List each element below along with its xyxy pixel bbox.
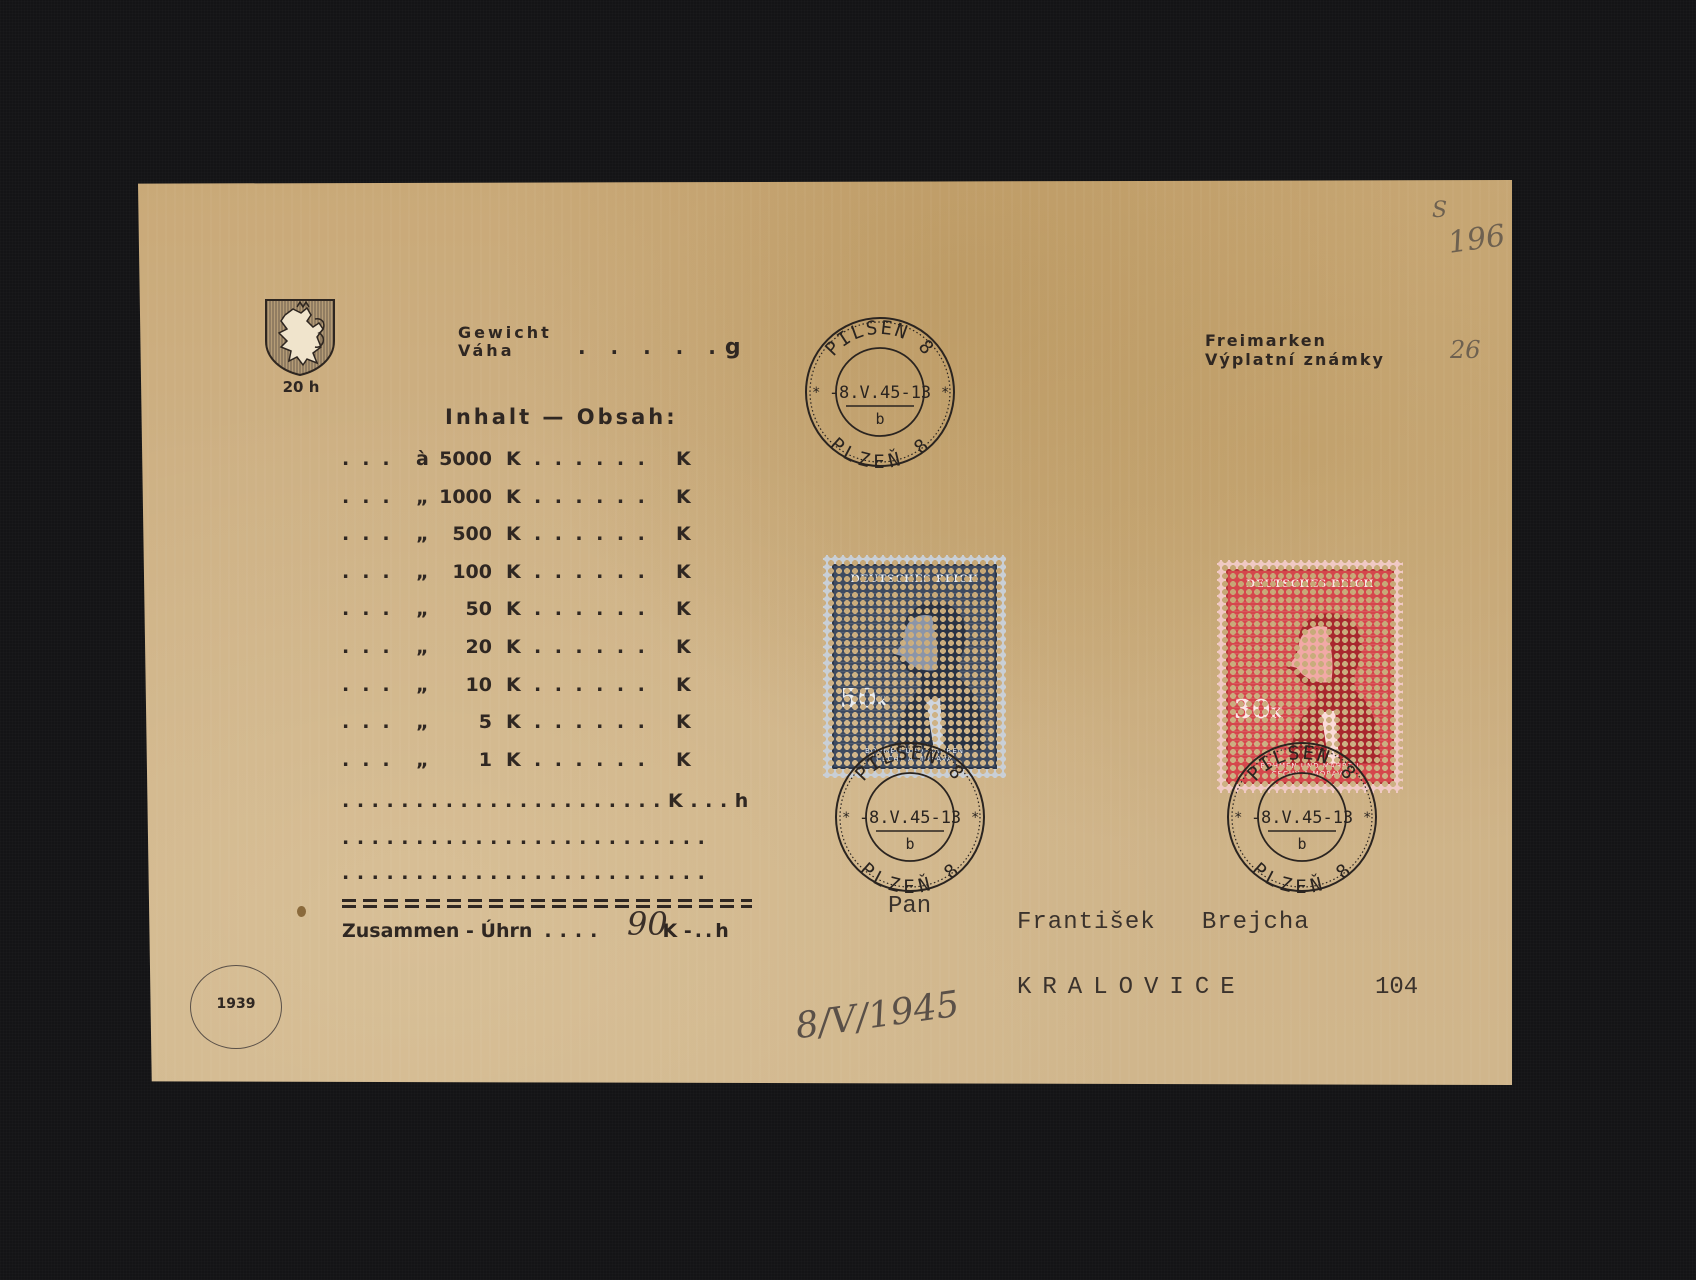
address-name: František Brejcha [1017,909,1310,936]
row-prefix: „ [416,711,429,733]
row-prefix: „ [416,561,429,583]
svg-text:-8.V.45-13: -8.V.45-13 [829,383,931,403]
contents-row[interactable]: ...„10K......K [342,674,712,704]
row-prefix: „ [416,749,429,771]
contents-row[interactable]: ...„1000K......K [342,486,712,516]
row-total-unit: K [676,523,691,545]
coat-of-arms-icon [263,297,337,377]
contents-row[interactable]: ...„20K......K [342,636,712,666]
contents-row[interactable]: ...„100K......K [342,561,712,591]
stamp-country: DEUTSCHES REICH [838,570,991,588]
row-leader-dots: ... [342,598,403,620]
row-unit: K [506,561,521,583]
stamp-country: DEUTSCHES REICH [1232,575,1388,593]
svg-text:*: * [812,385,820,401]
row-total-unit: K [676,711,691,733]
row-total-unit: K [676,448,691,470]
row-unit: K [506,448,521,470]
row-unit: K [506,598,521,620]
row-denomination: 20 [430,636,492,658]
form-year: 1939 [191,996,281,1012]
row-total-unit: K [676,674,691,696]
row-fill-dots: ...... [534,674,658,696]
svg-text:PLZEŇ 8: PLZEŇ 8 [1247,858,1356,897]
weight-label-de: Gewicht [458,324,552,342]
total-row: Zusammen - Úhrn.... K -..h [342,920,732,942]
row-unit: K [506,636,521,658]
weight-placeholder: . . . . . [578,335,725,359]
row-leader-dots: ... [342,448,403,470]
row-fill-dots: ...... [534,523,658,545]
row-denomination: 5 [430,711,492,733]
svg-text:*: * [842,810,850,826]
row-unit: K [506,523,521,545]
row-prefix: „ [416,636,429,658]
svg-text:PILSEN 8: PILSEN 8 [851,742,969,786]
contents-row[interactable]: ...à5000K......K [342,448,712,478]
row-leader-dots: ... [342,523,403,545]
ink-blot [297,906,306,917]
address-city: KRALOVICE [1017,974,1246,1001]
contents-heading: Inhalt — Obsah: [445,405,678,429]
row-prefix: „ [416,523,429,545]
row-fill-dots: ...... [534,598,658,620]
row-fill-dots: ...... [534,448,658,470]
svg-text:b: b [1297,835,1306,853]
row-denomination: 10 [430,674,492,696]
row-total-unit: K [676,561,691,583]
svg-text:PLZEŇ 8: PLZEŇ 8 [855,858,964,897]
row-denomination: 100 [430,561,492,583]
total-label: Zusammen - Úhrn [342,920,532,942]
form-year-circle: 1939 [190,965,282,1049]
total-dots: .... [544,920,605,942]
svg-text:PILSEN 8: PILSEN 8 [821,317,939,361]
extra-line-text: ......................... [342,862,712,884]
postmark: **PILSEN 8PLZEŇ 8-8.V.45-13b [1222,737,1382,901]
address-house-number: 104 [1375,974,1418,1001]
row-denomination: 5000 [430,448,492,470]
contents-row[interactable]: ...„5K......K [342,711,712,741]
svg-text:b: b [905,835,914,853]
extra-line-text: ......................K...h [342,790,756,812]
row-fill-dots: ...... [534,561,658,583]
svg-text:-8.V.45-13: -8.V.45-13 [1251,808,1353,828]
stamp-value: 50K [840,684,888,714]
postage-label-de: Freimarken [1205,331,1385,350]
postmark: **PILSEN 8PLZEŇ 8-8.V.45-13b [830,737,990,901]
row-unit: K [506,749,521,771]
row-denomination: 50 [430,598,492,620]
row-denomination: 500 [430,523,492,545]
row-leader-dots: ... [342,674,403,696]
pencil-note: S [1432,198,1447,223]
extra-line-text: ......................... [342,827,712,849]
svg-text:*: * [1363,810,1371,826]
contents-row[interactable]: ...„1K......K [342,749,712,779]
postage-label: Freimarken Výplatní známky [1205,331,1385,369]
row-leader-dots: ... [342,486,403,508]
row-total-unit: K [676,636,691,658]
row-unit: K [506,711,521,733]
contents-extra-line[interactable]: ......................... [342,827,712,849]
weight-label: Gewicht Váha [458,324,552,360]
row-fill-dots: ...... [534,711,658,733]
row-fill-dots: ...... [534,749,658,771]
weight-unit: g [725,335,741,360]
row-leader-dots: ... [342,561,403,583]
row-denomination: 1 [430,749,492,771]
svg-text:*: * [1234,810,1242,826]
contents-extra-line[interactable]: ......................K...h [342,790,756,812]
indicium-value: 20 h [270,378,332,396]
double-dashed-divider [342,899,752,911]
pencil-note: 26 [1450,336,1481,364]
row-total-unit: K [676,598,691,620]
weight-label-cs: Váha [458,342,552,360]
row-prefix: „ [416,598,429,620]
postmark: **PILSEN 8PLZEŇ 8-8.V.45-13b [800,312,960,476]
row-unit: K [506,486,521,508]
row-denomination: 1000 [430,486,492,508]
row-prefix: „ [416,674,429,696]
address-salutation: Pan [888,893,931,920]
row-fill-dots: ...... [534,636,658,658]
row-fill-dots: ...... [534,486,658,508]
row-prefix: à [416,448,429,470]
postage-label-cs: Výplatní známky [1205,350,1385,369]
svg-text:b: b [875,410,884,428]
contents-extra-line[interactable]: ......................... [342,862,712,884]
total-suffix: -..h [684,920,732,942]
svg-text:*: * [971,810,979,826]
row-prefix: „ [416,486,429,508]
row-total-unit: K [676,486,691,508]
row-leader-dots: ... [342,636,403,658]
row-unit: K [506,674,521,696]
stamp-value: 30K [1234,695,1282,725]
row-leader-dots: ... [342,749,403,771]
row-total-unit: K [676,749,691,771]
contents-row[interactable]: ...„500K......K [342,523,712,553]
row-leader-dots: ... [342,711,403,733]
total-handwritten-value: 90 [627,905,668,943]
svg-text:PLZEŇ 8: PLZEŇ 8 [825,433,934,472]
svg-text:PILSEN 8: PILSEN 8 [1243,742,1361,786]
svg-text:-8.V.45-13: -8.V.45-13 [859,808,961,828]
svg-text:*: * [941,385,949,401]
portrait-icon [874,590,984,750]
weight-field[interactable]: . . . . .g [578,335,741,360]
contents-row[interactable]: ...„50K......K [342,598,712,628]
